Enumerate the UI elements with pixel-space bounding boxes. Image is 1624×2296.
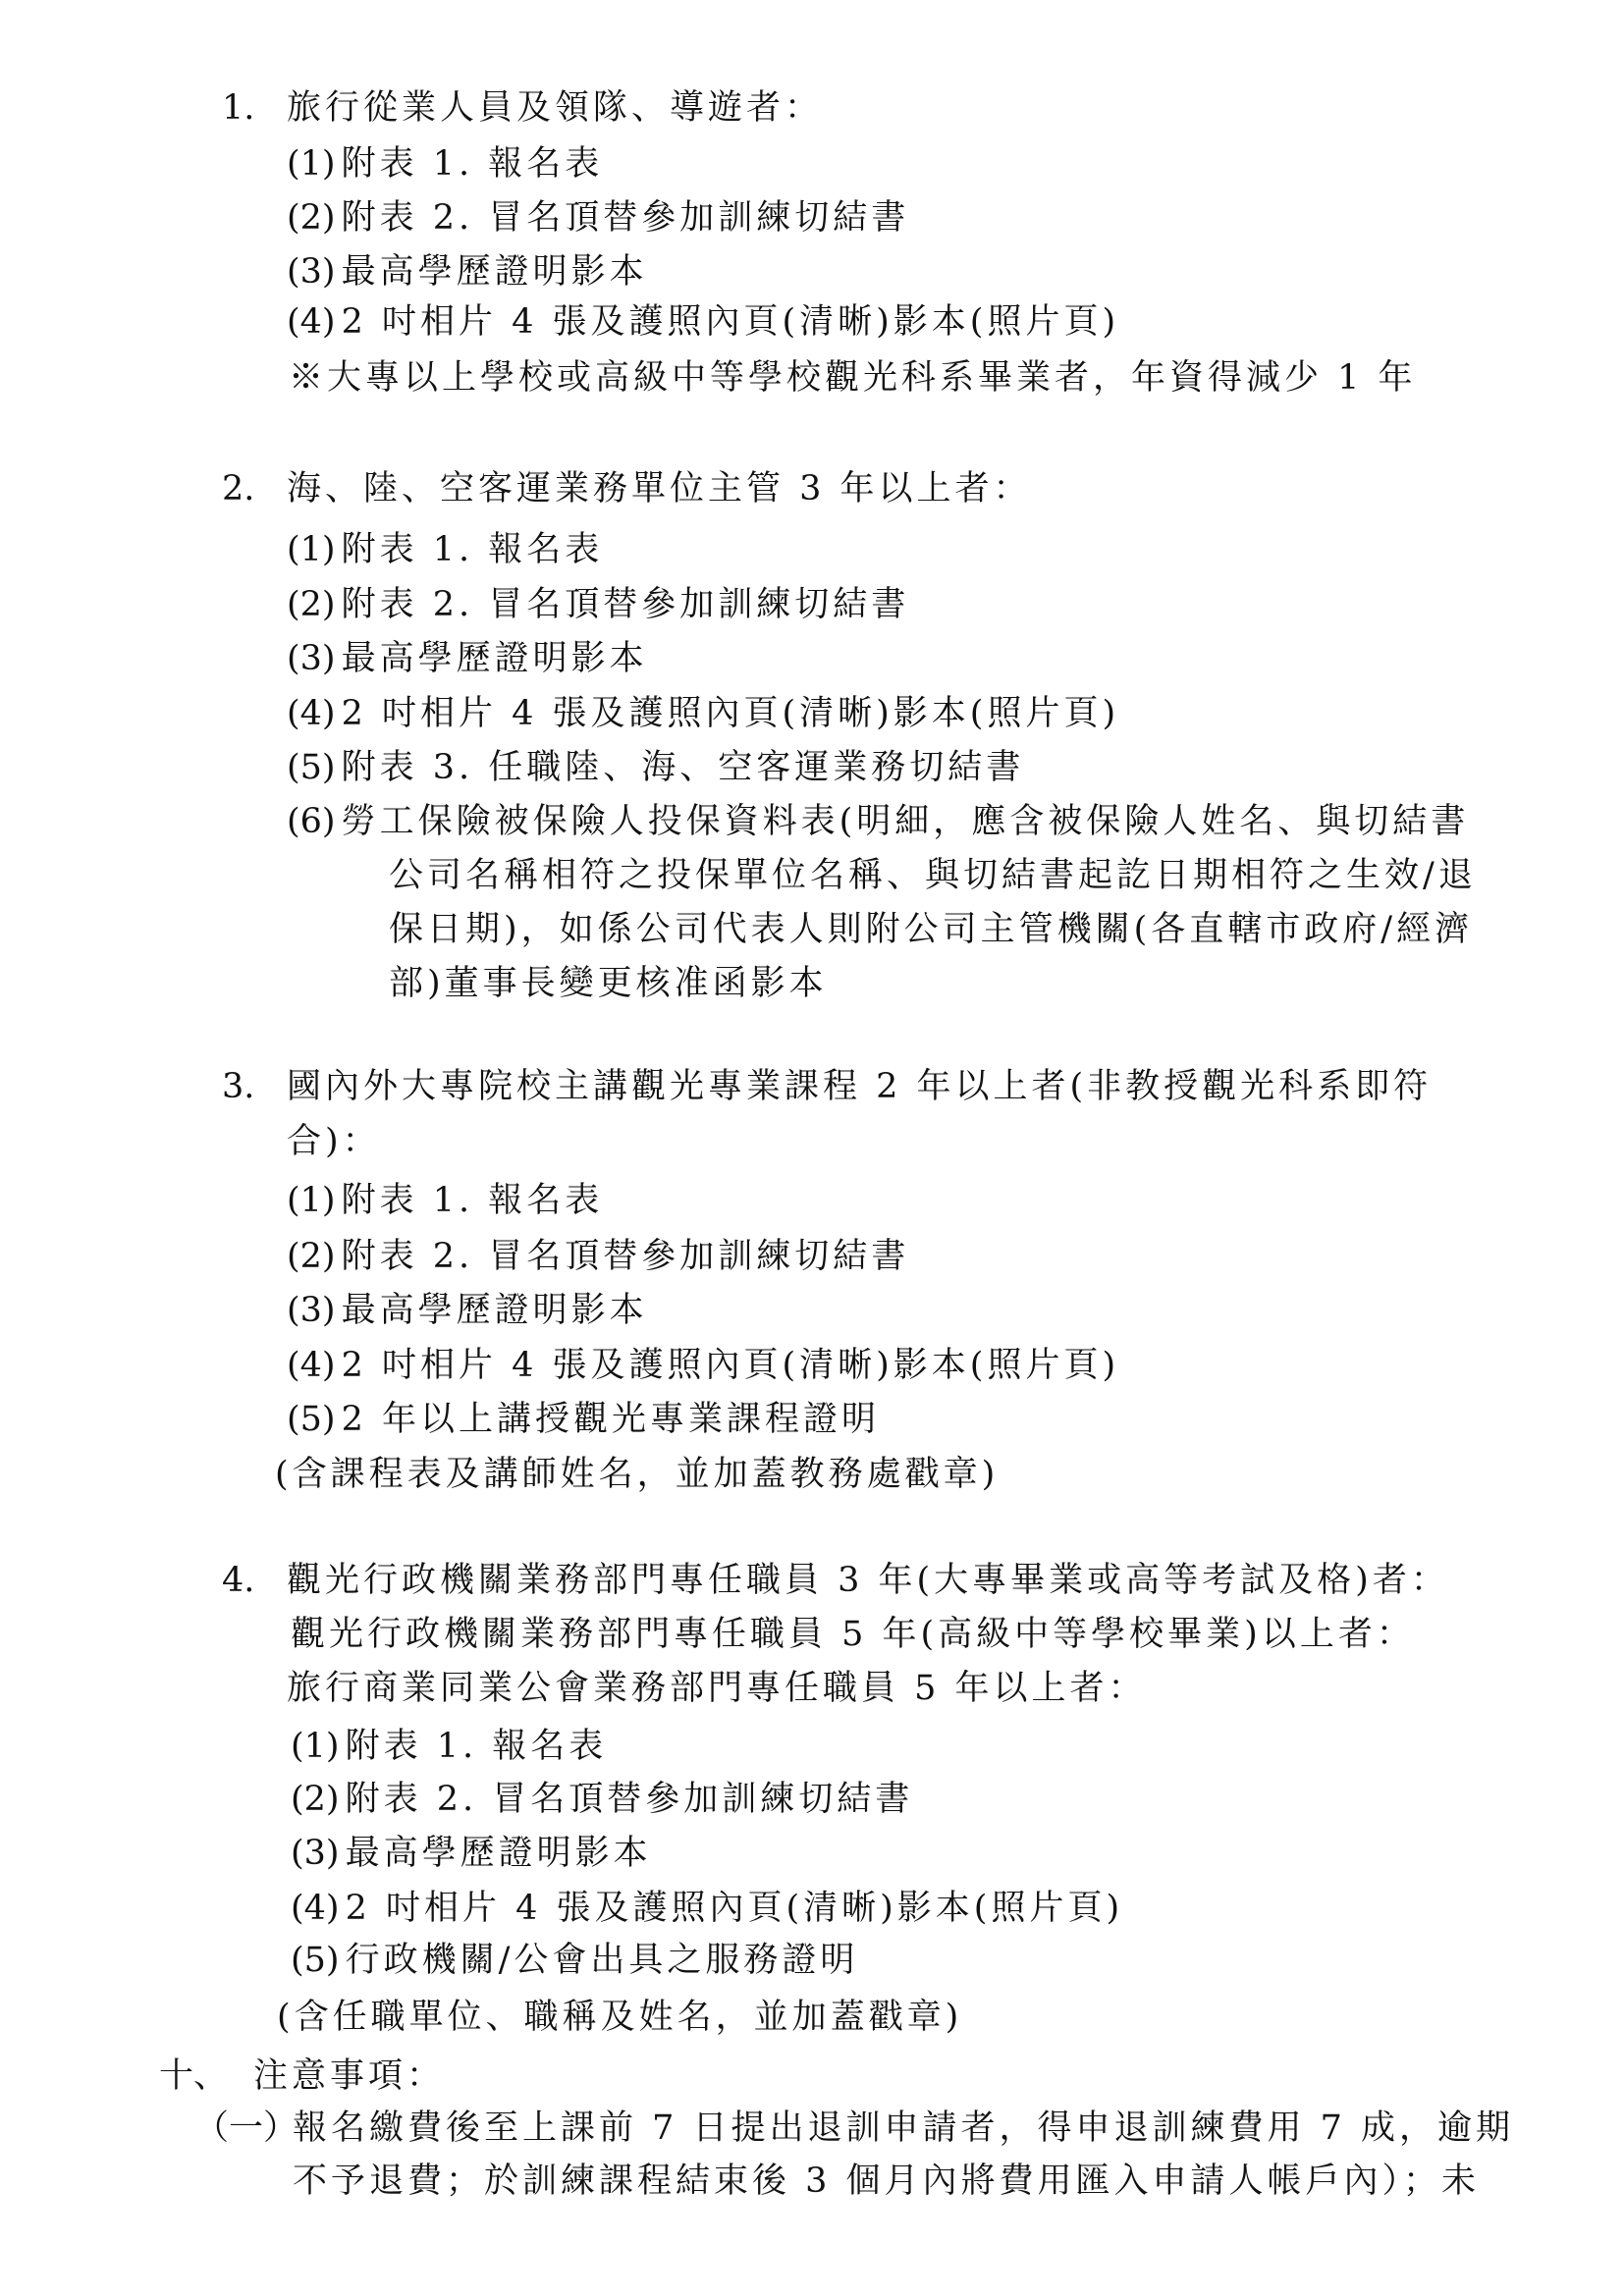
notices-heading-number: 十、 [159,2052,228,2101]
item-label: (4) [291,1884,340,1933]
item-text: 最高學歷證明影本 [346,1834,652,1873]
notices-heading: 注意事項： [253,2052,445,2101]
section-1-item-2: (2)附表 2. 冒名頂替參加訓練切結書 [287,193,909,242]
section-1-title: 旅行從業人員及領隊、導遊者： [287,83,823,133]
section-2-item-3: (3)最高學歷證明影本 [287,634,648,683]
section-2-item-6-continuation-2: 保日期)，如係公司代表人則附公司主管機關(各直轄市政府/經濟 [389,905,1473,954]
section-2-item-6-continuation-1: 公司名稱相符之投保單位名稱、與切結書起訖日期相符之生效/退 [389,851,1477,900]
section-1-item-3: (3)最高學歷證明影本 [287,247,648,296]
section-1-item-1: (1)附表 1. 報名表 [287,139,603,188]
section-3-note: (含課程表及講師姓名，並加蓋教務處戳章) [275,1450,999,1499]
notice-1-line-2: 不予退費；於訓練課程結束後 3 個月內將費用匯入申請人帳戶內）；未 [293,2157,1480,2206]
item-label: (3) [287,247,336,296]
item-text: 附表 2. 冒名頂替參加訓練切結書 [342,585,910,624]
item-text: 附表 2. 冒名頂替參加訓練切結書 [346,1780,914,1819]
item-label: (5) [287,1395,336,1444]
item-label: (1) [287,139,336,188]
section-2-item-5: (5)附表 3. 任職陸、海、空客運業務切結書 [287,743,1024,792]
section-1-item-4: (4)2 吋相片 4 張及護照內頁(清晰)影本(照片頁) [287,297,1119,347]
item-text: 附表 1. 報名表 [342,530,604,569]
section-4-item-2: (2)附表 2. 冒名頂替參加訓練切結書 [291,1775,913,1824]
item-label: (2) [291,1775,340,1824]
item-text: 附表 1. 報名表 [346,1727,608,1766]
item-label: (2) [287,580,336,629]
section-4-note: (含任職單位、職稱及姓名，並加蓋戳章) [277,1993,962,2042]
item-text: 最高學歷證明影本 [342,252,648,292]
section-4-item-1: (1)附表 1. 報名表 [291,1722,607,1771]
item-label: (1) [287,1176,336,1225]
section-3-title-continuation: 合)： [287,1117,381,1166]
item-text: 2 年以上講授觀光專業課程證明 [342,1400,880,1439]
item-label: (4) [287,297,336,347]
section-3-item-1: (1)附表 1. 報名表 [287,1176,603,1225]
section-1-number: 1. [222,83,254,133]
section-4-title-line-2: 觀光行政機關業務部門專任職員 5 年(高級中等學校畢業)以上者： [291,1610,1415,1659]
item-label: (5) [287,743,336,792]
section-3-item-4: (4)2 吋相片 4 張及護照內頁(清晰)影本(照片頁) [287,1341,1119,1390]
item-label: (3) [287,634,336,683]
notice-1-label: （一） [194,2104,298,2153]
item-label: (2) [287,1232,336,1281]
section-3-item-2: (2)附表 2. 冒名頂替參加訓練切結書 [287,1232,909,1281]
section-4-item-4: (4)2 吋相片 4 張及護照內頁(清晰)影本(照片頁) [291,1884,1123,1933]
item-label: (3) [287,1286,336,1335]
section-3-title: 國內外大專院校主講觀光專業課程 2 年以上者(非教授觀光科系即符 [287,1062,1432,1111]
section-4-item-5: (5)行政機關/公會出具之服務證明 [291,1936,858,1985]
item-text: 最高學歷證明影本 [342,639,648,678]
item-text: 附表 2. 冒名頂替參加訓練切結書 [342,1237,910,1276]
item-label: (3) [291,1829,340,1878]
item-text: 2 吋相片 4 張及護照內頁(清晰)影本(照片頁) [342,302,1120,342]
item-text: 2 吋相片 4 張及護照內頁(清晰)影本(照片頁) [346,1889,1124,1928]
document-page: 1. 旅行從業人員及領隊、導遊者： (1)附表 1. 報名表 (2)附表 2. … [0,0,1624,2296]
section-2-item-1: (1)附表 1. 報名表 [287,525,603,574]
item-label: (1) [287,525,336,574]
item-text: 附表 1. 報名表 [342,1181,604,1220]
item-label: (5) [291,1936,340,1985]
item-text: 勞工保險被保險人投保資料表(明細，應含被保險人姓名、與切結書 [342,802,1470,841]
section-4-item-3: (3)最高學歷證明影本 [291,1829,652,1878]
section-4-title-line-3: 旅行商業同業公會業務部門專任職員 5 年以上者： [287,1664,1147,1713]
item-text: 附表 1. 報名表 [342,144,604,184]
section-4-title: 觀光行政機關業務部門專任職員 3 年(大專畢業或高等考試及格)者： [287,1556,1449,1605]
section-4-number: 4. [222,1556,254,1605]
item-text: 附表 2. 冒名頂替參加訓練切結書 [342,198,910,238]
item-label: (1) [291,1722,340,1771]
notice-1-line-1: 報名繳費後至上課前 7 日提出退訓申請者，得申退訓練費用 7 成，逾期 [293,2104,1514,2153]
item-label: (4) [287,1341,336,1390]
item-text: 最高學歷證明影本 [342,1291,648,1330]
item-text: 行政機關/公會出具之服務證明 [346,1941,859,1980]
section-1-note: ※大專以上學校或高級中等學校觀光科系畢業者，年資得減少 1 年 [289,353,1417,402]
section-2-item-2: (2)附表 2. 冒名頂替參加訓練切結書 [287,580,909,629]
item-label: (2) [287,193,336,242]
section-2-item-6: (6)勞工保險被保險人投保資料表(明細，應含被保險人姓名、與切結書 [287,797,1469,846]
section-2-item-4: (4)2 吋相片 4 張及護照內頁(清晰)影本(照片頁) [287,689,1119,738]
section-3-number: 3. [222,1062,254,1111]
section-2-title: 海、陸、空客運業務單位主管 3 年以上者： [287,464,1032,513]
item-label: (6) [287,797,336,846]
section-3-item-3: (3)最高學歷證明影本 [287,1286,648,1335]
item-text: 2 吋相片 4 張及護照內頁(清晰)影本(照片頁) [342,694,1120,733]
section-2-number: 2. [222,464,254,513]
item-text: 附表 3. 任職陸、海、空客運業務切結書 [342,748,1025,787]
item-text: 2 吋相片 4 張及護照內頁(清晰)影本(照片頁) [342,1346,1120,1385]
section-3-item-5: (5)2 年以上講授觀光專業課程證明 [287,1395,880,1444]
section-2-item-6-continuation-3: 部)董事長變更核准函影本 [389,959,828,1008]
item-label: (4) [287,689,336,738]
